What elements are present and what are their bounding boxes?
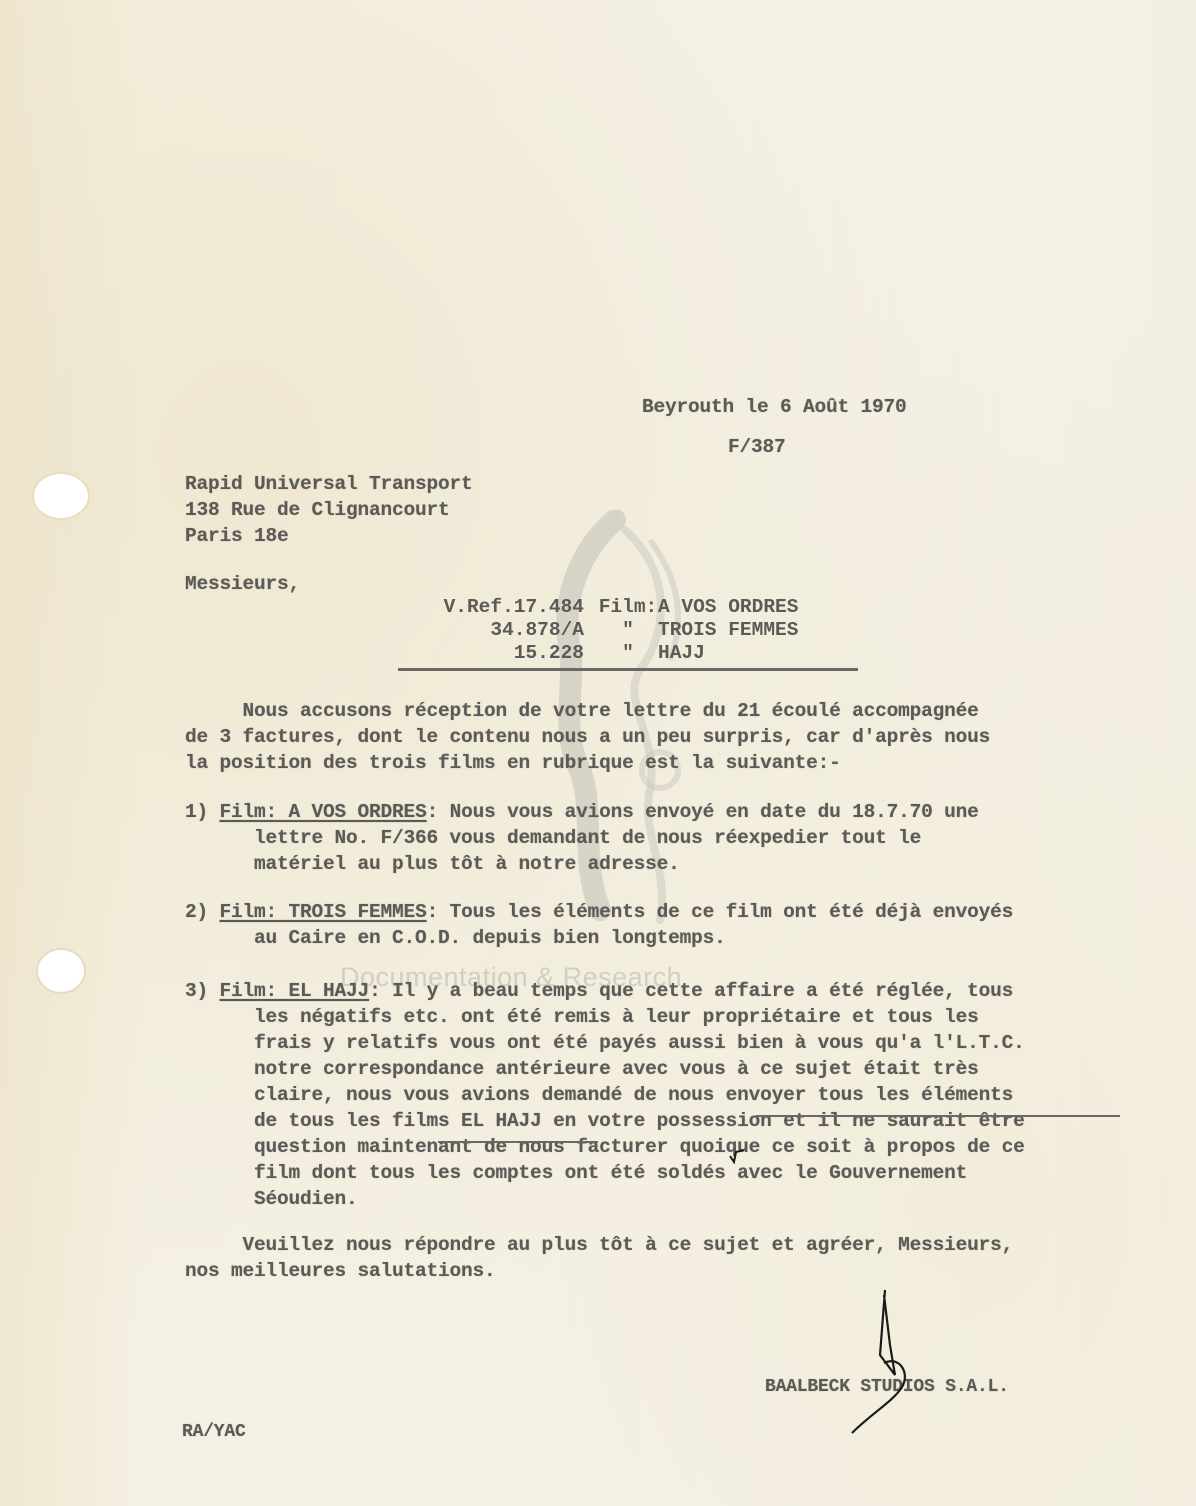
recipient-line: 138 Rue de Clignancourt — [185, 497, 473, 523]
punch-hole-top — [34, 474, 88, 518]
reference-mark: " — [598, 642, 658, 665]
punch-hole-bottom — [38, 950, 84, 992]
item-line: film dont tous les comptes ont été soldé… — [254, 1162, 967, 1184]
recipient-address: Rapid Universal Transport138 Rue de Clig… — [185, 471, 473, 549]
recipient-line: Rapid Universal Transport — [185, 471, 473, 497]
item-el-hajj: 3) Film: EL HAJJ: Il y a beau temps que … — [185, 978, 1025, 1212]
place-and-date: Beyrouth le 6 Août 1970 — [642, 394, 907, 420]
reference-row: V.Ref.17.484 Film: A VOS ORDRES — [398, 596, 868, 619]
item-heading: Film: TROIS FEMMES — [220, 901, 427, 923]
item-line: lettre No. F/366 vous demandant de nous … — [254, 827, 921, 849]
paragraph-line: la position des trois films en rubrique … — [185, 750, 990, 776]
closing-paragraph: Veuillez nous répondre au plus tôt à ce … — [185, 1232, 1013, 1284]
paragraph-line: Nous accusons réception de votre lettre … — [185, 698, 990, 724]
item-line: frais y relatifs vous ont été payés auss… — [254, 1032, 1025, 1054]
paragraph-line: de 3 factures, dont le contenu nous a un… — [185, 724, 990, 750]
underline-marks — [438, 1112, 1138, 1152]
film-title: A VOS ORDRES — [658, 596, 868, 619]
closing-line: nos meilleures salutations. — [185, 1258, 1013, 1284]
reference-number: 34.878/A — [398, 619, 598, 642]
intro-paragraph: Nous accusons réception de votre lettre … — [185, 698, 990, 776]
reference-mark: Film: — [598, 596, 658, 619]
item-line: Séoudien. — [254, 1188, 358, 1210]
reference-mark: " — [598, 619, 658, 642]
our-reference: F/387 — [728, 434, 786, 460]
item-line: claire, nous vous avions demandé de nous… — [254, 1084, 1013, 1106]
item-trois-femmes: 2) Film: TROIS FEMMES: Tous les éléments… — [185, 899, 1013, 951]
film-title: HAJJ — [658, 642, 868, 665]
item-line: notre correspondance antérieure avec vou… — [254, 1058, 979, 1080]
closing-line: Veuillez nous répondre au plus tôt à ce … — [185, 1232, 1013, 1258]
film-title: TROIS FEMMES — [658, 619, 868, 642]
item-line: au Caire en C.O.D. depuis bien longtemps… — [254, 927, 726, 949]
item-a-vos-ordres: 1) Film: A VOS ORDRES: Nous vous avions … — [185, 799, 979, 877]
item-line: : Nous vous avions envoyé en date du 18.… — [427, 801, 979, 823]
salutation: Messieurs, — [185, 571, 300, 597]
item-heading: Film: A VOS ORDRES — [220, 801, 427, 823]
reference-row: 34.878/A " TROIS FEMMES — [398, 619, 868, 642]
reference-underline — [398, 668, 858, 671]
item-line: matériel au plus tôt à notre adresse. — [254, 853, 680, 875]
reference-block: V.Ref.17.484 Film: A VOS ORDRES 34.878/A… — [398, 596, 868, 671]
item-number: 2) — [185, 901, 208, 923]
item-line: : Tous les éléments de ce film ont été d… — [427, 901, 1014, 923]
item-line: : Il y a beau temps que cette affaire a … — [369, 980, 1013, 1002]
item-line: les négatifs etc. ont été remis à leur p… — [254, 1006, 979, 1028]
reference-number: V.Ref.17.484 — [398, 596, 598, 619]
typist-initials: RA/YAC — [182, 1419, 246, 1445]
handwritten-signature-icon — [840, 1285, 930, 1435]
recipient-line: Paris 18e — [185, 523, 473, 549]
handwritten-tick-mark-icon — [728, 1148, 748, 1164]
item-number: 1) — [185, 801, 208, 823]
item-heading: Film: EL HAJJ — [220, 980, 370, 1002]
reference-number: 15.228 — [398, 642, 598, 665]
reference-row: 15.228 " HAJJ — [398, 642, 868, 665]
item-number: 3) — [185, 980, 208, 1002]
